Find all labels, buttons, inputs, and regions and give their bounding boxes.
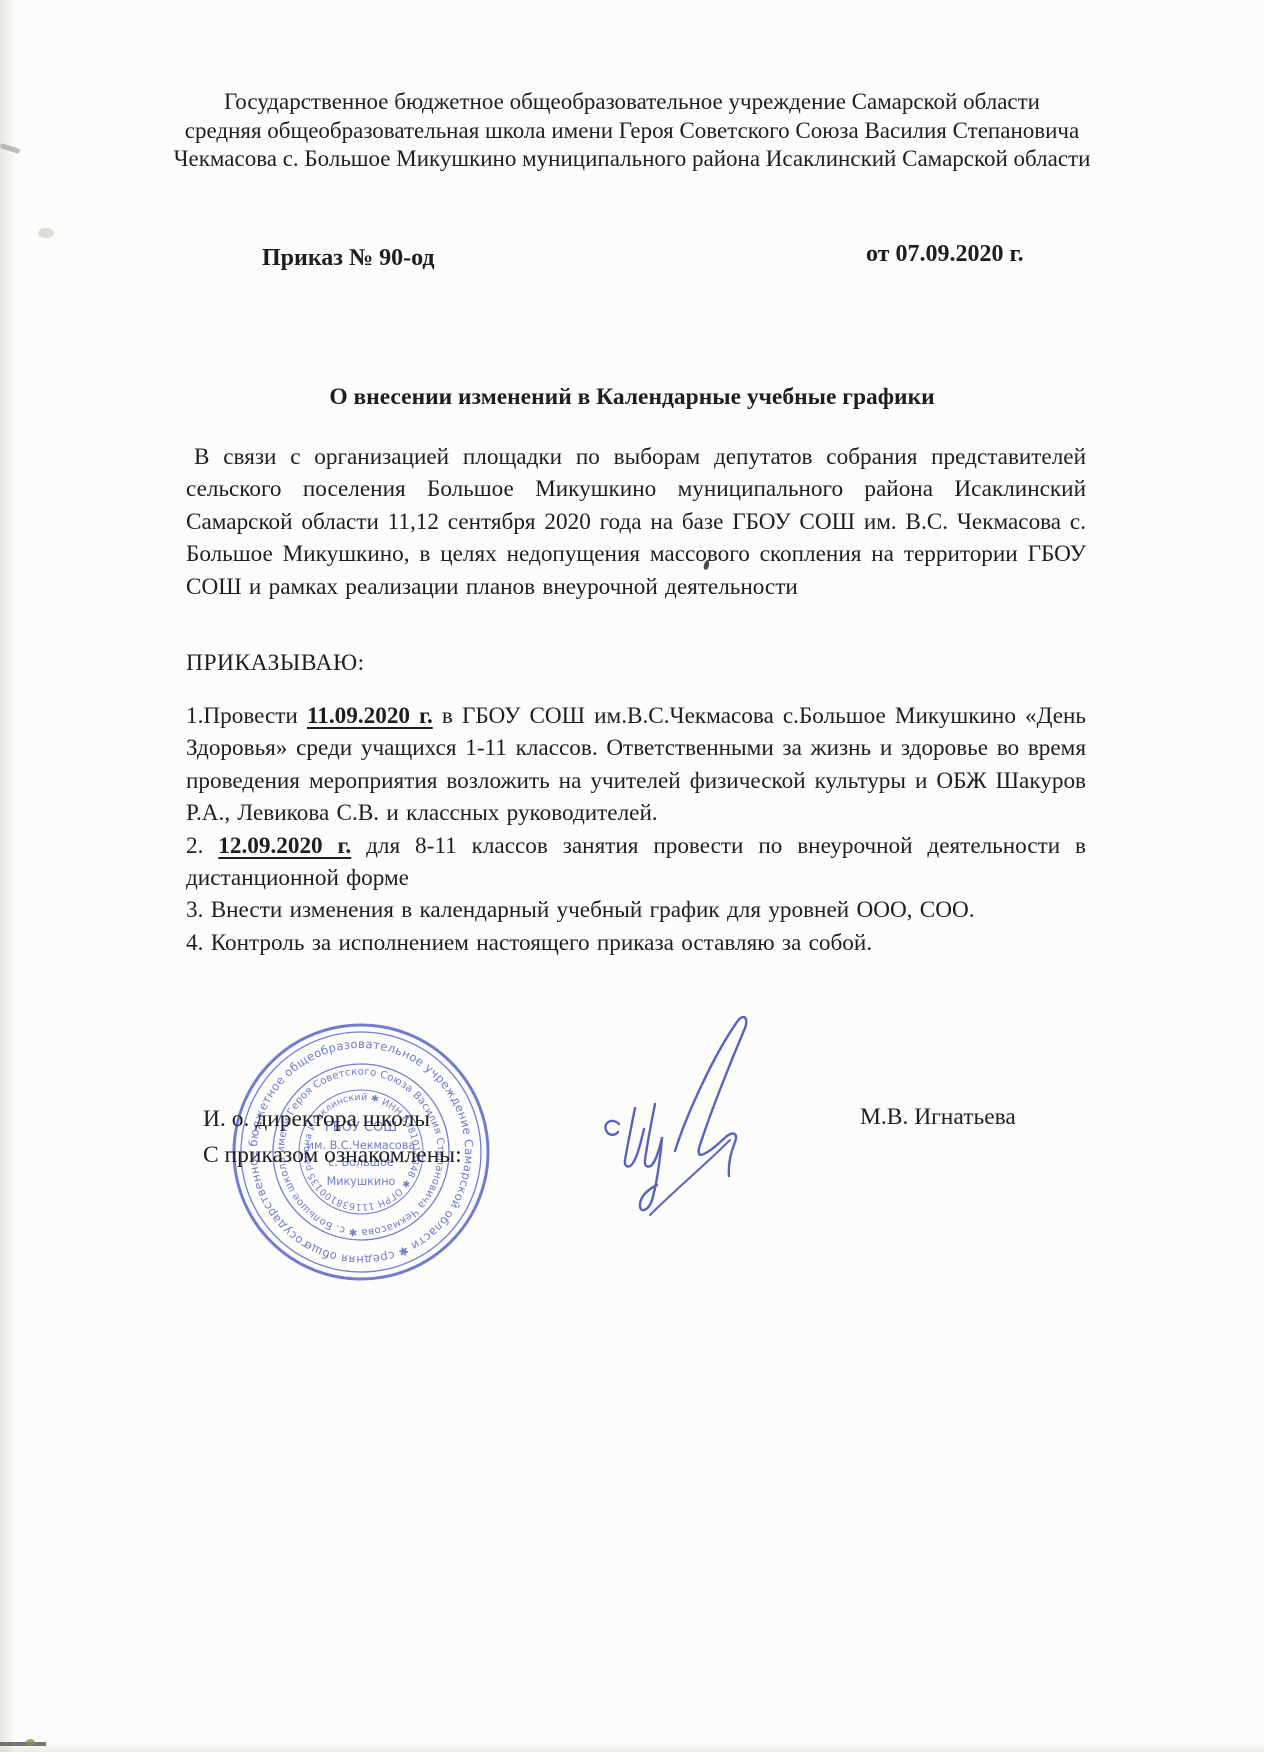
signer-name: М.В. Игнатьева: [860, 1104, 1016, 1131]
signoff-role: И. о. директора школы: [203, 1106, 430, 1133]
signature-stroke: [675, 1017, 746, 1176]
signature-stroke: [605, 1121, 619, 1135]
order-item-3: 3. Внести изменения в календарный учебны…: [186, 894, 1086, 926]
item-text: 2.: [186, 833, 218, 859]
order-date: от 07.09.2020 г.: [866, 241, 1024, 268]
order-number: Приказ № 90-од: [262, 245, 435, 272]
item-date: 11.09.2020 г.: [307, 703, 433, 729]
order-item-4: 4. Контроль за исполнением настоящего пр…: [186, 927, 1086, 959]
letterhead: Государственное бюджетное общеобразовате…: [60, 88, 1204, 174]
order-item-2: 2. 12.09.2020 г. для 8-11 классов заняти…: [186, 830, 1086, 895]
scan-artifact: [26, 1739, 35, 1746]
item-date: 12.09.2020 г.: [218, 833, 351, 859]
signoff-ack: С приказом ознакомлены:: [203, 1142, 462, 1169]
scan-edge-shadow-left: [0, 0, 16, 1752]
stamp-center-line-4: Микушкино: [327, 1175, 396, 1188]
order-items: 1.Провести 11.09.2020 г. в ГБОУ СОШ им.В…: [186, 700, 1086, 959]
item-text: 1.Провести: [186, 703, 307, 729]
director-signature: [595, 993, 765, 1228]
letterhead-line-1: Государственное бюджетное общеобразовате…: [60, 88, 1204, 117]
item-text: 3. Внести изменения в календарный учебны…: [186, 897, 975, 923]
order-title: О внесении изменений в Календарные учебн…: [0, 384, 1264, 411]
intro-paragraph: В связи с организацией площадки по выбор…: [186, 441, 1086, 603]
order-item-1: 1.Провести 11.09.2020 г. в ГБОУ СОШ им.В…: [186, 700, 1086, 830]
scan-artifact: [38, 228, 54, 238]
signature-stroke: [625, 1108, 644, 1167]
letterhead-line-3: Чекмасова с. Большое Микушкино муниципал…: [60, 145, 1204, 174]
scan-artifact: [0, 1742, 46, 1746]
decree-word: ПРИКАЗЫВАЮ:: [186, 650, 365, 677]
scan-edge-shadow-bottom: [0, 1742, 1264, 1752]
signature-stroke: [650, 1140, 730, 1215]
scanned-order-document: Государственное бюджетное общеобразовате…: [0, 0, 1264, 1752]
letterhead-line-2: средняя общеобразовательная школа имени …: [60, 117, 1204, 146]
item-text: 4. Контроль за исполнением настоящего пр…: [186, 930, 872, 956]
